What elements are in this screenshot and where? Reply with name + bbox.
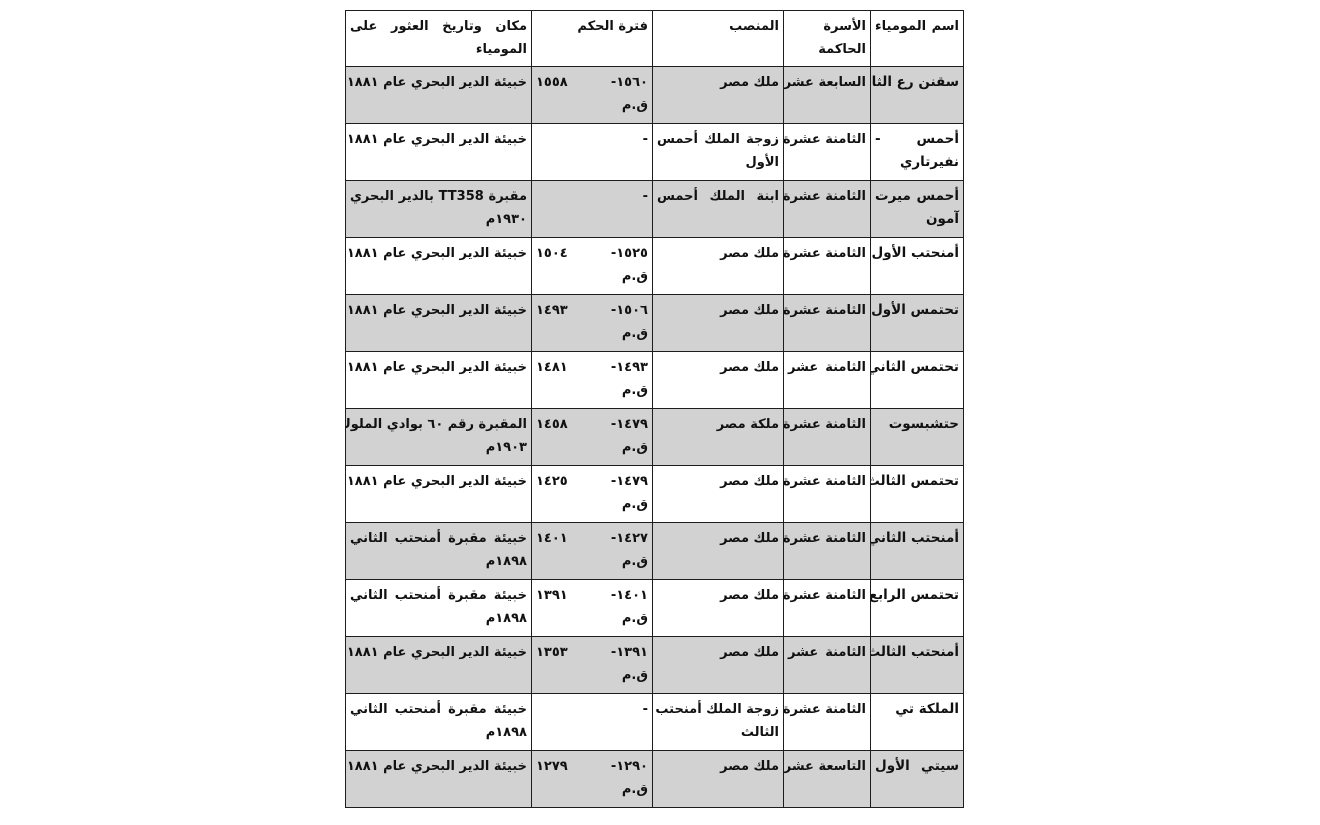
cell-pos: ملك مصر <box>653 580 784 637</box>
text-line: فترة الحكم <box>536 15 648 38</box>
mummies-table: اسم المومياءالأسرةالحاكمةالمنصبفترة الحك… <box>345 10 964 808</box>
text-line: خبيئة الدير البحري عام ١٨٨١م <box>350 128 527 151</box>
cell-dyn: الثامنة عشرة <box>784 181 871 238</box>
text-line: ملك مصر <box>657 755 779 778</box>
text-line: الأسرة <box>788 15 866 38</box>
table-row: سقنن رع الثانيالسابعة عشرةملك مصر١٥٦٠- ١… <box>346 67 964 124</box>
text-line: أمنحتب الثالث <box>875 641 959 664</box>
cell-name: سقنن رع الثاني <box>871 67 964 124</box>
text-line: ١٤٠١- ١٣٩١ <box>536 584 648 607</box>
text-line: ملك مصر <box>657 470 779 493</box>
cell-dyn: الثامنة عشرة <box>784 295 871 352</box>
table-header-row: اسم المومياءالأسرةالحاكمةالمنصبفترة الحك… <box>346 11 964 67</box>
cell-name: أمنحتب الثالث <box>871 637 964 694</box>
cell-reign: ١٥٠٦- ١٤٩٣ق.م <box>532 295 653 352</box>
cell-found: خبيئة مقبرة أمنحتب الثاني١٨٩٨م <box>346 580 532 637</box>
text-line: ق.م <box>536 664 648 687</box>
text-line: تحتمس الثاني <box>875 356 959 379</box>
cell-pos: ابنة الملك أحمس <box>653 181 784 238</box>
text-line: سقنن رع الثاني <box>875 71 959 94</box>
cell-reign: - <box>532 694 653 751</box>
table-body: سقنن رع الثانيالسابعة عشرةملك مصر١٥٦٠- ١… <box>346 67 964 808</box>
text-line: خبيئة الدير البحري عام ١٨٨١م <box>350 299 527 322</box>
cell-name: سيتي الأول <box>871 751 964 808</box>
text-line: ١٤٧٩- ١٤٥٨ <box>536 413 648 436</box>
text-line: المنصب <box>657 15 779 38</box>
table-row: تحتمس الأولالثامنة عشرةملك مصر١٥٠٦- ١٤٩٣… <box>346 295 964 352</box>
text-line: نفيرتاري <box>875 151 959 174</box>
text-line: - <box>536 128 648 151</box>
header-cell-reign: فترة الحكم <box>532 11 653 67</box>
text-line: خبيئة الدير البحري عام ١٨٨١م <box>350 356 527 379</box>
cell-dyn: التاسعة عشرة <box>784 751 871 808</box>
cell-dyn: السابعة عشرة <box>784 67 871 124</box>
text-line: مقبرة TT358 بالدير البحري <box>350 185 527 208</box>
table-row: تحتمس الرابعالثامنة عشرةملك مصر١٤٠١- ١٣٩… <box>346 580 964 637</box>
header-cell-found: مكان وتاريخ العثور علىالمومياء <box>346 11 532 67</box>
text-line: ق.م <box>536 379 648 402</box>
cell-reign: ١٣٩١- ١٣٥٣ق.م <box>532 637 653 694</box>
cell-reign: ١٥٦٠- ١٥٥٨ق.م <box>532 67 653 124</box>
text-line: ق.م <box>536 322 648 345</box>
text-line: ق.م <box>536 265 648 288</box>
text-line: الثامنة عشر <box>788 641 866 664</box>
text-line: ق.م <box>536 94 648 117</box>
cell-name: تحتمس الأول <box>871 295 964 352</box>
text-line: ق.م <box>536 436 648 459</box>
cell-pos: ملك مصر <box>653 352 784 409</box>
cell-reign: - <box>532 124 653 181</box>
cell-pos: زوجة الملك أمنحتبالثالث <box>653 694 784 751</box>
text-line: ١٥٢٥- ١٥٠٤ <box>536 242 648 265</box>
text-line: الثامنة عشرة <box>788 299 866 322</box>
text-line: ملك مصر <box>657 242 779 265</box>
text-line: ١٥٠٦- ١٤٩٣ <box>536 299 648 322</box>
cell-found: خبيئة الدير البحري عام ١٨٨١م <box>346 295 532 352</box>
cell-found: خبيئة الدير البحري عام ١٨٨١م <box>346 124 532 181</box>
cell-pos: ملك مصر <box>653 67 784 124</box>
text-line: خبيئة مقبرة أمنحتب الثاني <box>350 698 527 721</box>
text-line: زوجة الملك أحمس <box>657 128 779 151</box>
cell-dyn: الثامنة عشرة <box>784 694 871 751</box>
cell-dyn: الثامنة عشرة <box>784 238 871 295</box>
table-row: سيتي الأولالتاسعة عشرةملك مصر١٢٩٠- ١٢٧٩ق… <box>346 751 964 808</box>
table-row: أمنحتب الأولالثامنة عشرةملك مصر١٥٢٥- ١٥٠… <box>346 238 964 295</box>
text-line: خبيئة الدير البحري عام ١٨٨١م <box>350 755 527 778</box>
cell-reign: ١٤٢٧- ١٤٠١ق.م <box>532 523 653 580</box>
document-page: اسم المومياءالأسرةالحاكمةالمنصبفترة الحك… <box>0 0 1320 825</box>
cell-found: خبيئة الدير البحري عام ١٨٨١م <box>346 352 532 409</box>
text-line: ١٤٩٣- ١٤٨١ <box>536 356 648 379</box>
cell-dyn: الثامنة عشر <box>784 637 871 694</box>
header-cell-name: اسم المومياء <box>871 11 964 67</box>
text-line: الملكة تي <box>875 698 959 721</box>
cell-reign: ١٤٧٩- ١٤٢٥ق.م <box>532 466 653 523</box>
text-line: ١٤٢٧- ١٤٠١ <box>536 527 648 550</box>
cell-pos: ملك مصر <box>653 751 784 808</box>
text-line: خبيئة الدير البحري عام ١٨٨١م <box>350 71 527 94</box>
text-line: خبيئة مقبرة أمنحتب الثاني <box>350 584 527 607</box>
text-line: ١٤٧٩- ١٤٢٥ <box>536 470 648 493</box>
text-line: ق.م <box>536 550 648 573</box>
text-line: ١٩٣٠م <box>350 208 527 231</box>
cell-found: خبيئة الدير البحري عام ١٨٨١م <box>346 238 532 295</box>
text-line: أمنحتب الأول <box>875 242 959 265</box>
cell-dyn: الثامنة عشرة <box>784 523 871 580</box>
text-line: زوجة الملك أمنحتب <box>657 698 779 721</box>
cell-found: خبيئة الدير البحري عام ١٨٨١م <box>346 637 532 694</box>
cell-name: تحتمس الثاني <box>871 352 964 409</box>
header-cell-pos: المنصب <box>653 11 784 67</box>
cell-pos: ملكة مصر <box>653 409 784 466</box>
text-line: ١٨٩٨م <box>350 607 527 630</box>
text-line: تحتمس الرابع <box>875 584 959 607</box>
cell-name: أمنحتب الثاني <box>871 523 964 580</box>
text-line: خبيئة الدير البحري عام ١٨٨١م <box>350 242 527 265</box>
cell-found: خبيئة الدير البحري عام ١٨٨١م <box>346 751 532 808</box>
text-line: المقبرة رقم ٦٠ بوادي الملوك <box>350 413 527 436</box>
cell-found: خبيئة الدير البحري عام ١٨٨١م <box>346 67 532 124</box>
cell-pos: ملك مصر <box>653 637 784 694</box>
text-line: حتشبسوت <box>875 413 959 436</box>
cell-dyn: الثامنة عشر <box>784 352 871 409</box>
text-line: آمون <box>875 208 959 231</box>
table-row: أحمس -نفيرتاريالثامنة عشرةزوجة الملك أحم… <box>346 124 964 181</box>
cell-reign: ١٤٧٩- ١٤٥٨ق.م <box>532 409 653 466</box>
cell-found: خبيئة مقبرة أمنحتب الثاني١٨٩٨م <box>346 523 532 580</box>
table-header: اسم المومياءالأسرةالحاكمةالمنصبفترة الحك… <box>346 11 964 67</box>
text-line: ١٣٩١- ١٣٥٣ <box>536 641 648 664</box>
text-line: الثامنة عشرة <box>788 185 866 208</box>
table-row: الملكة تيالثامنة عشرةزوجة الملك أمنحتبال… <box>346 694 964 751</box>
table-row: أمنحتب الثالثالثامنة عشرملك مصر١٣٩١- ١٣٥… <box>346 637 964 694</box>
cell-dyn: الثامنة عشرة <box>784 409 871 466</box>
text-line: خبيئة مقبرة أمنحتب الثاني <box>350 527 527 550</box>
text-line: أحمس ميرت <box>875 185 959 208</box>
cell-pos: ملك مصر <box>653 295 784 352</box>
table-row: أمنحتب الثانيالثامنة عشرةملك مصر١٤٢٧- ١٤… <box>346 523 964 580</box>
cell-reign: ١٤٠١- ١٣٩١ق.م <box>532 580 653 637</box>
cell-found: المقبرة رقم ٦٠ بوادي الملوك١٩٠٣م <box>346 409 532 466</box>
text-line: الثالث <box>657 721 779 744</box>
cell-dyn: الثامنة عشرة <box>784 124 871 181</box>
text-line: ١٨٩٨م <box>350 721 527 744</box>
text-line: الثامنة عشرة <box>788 128 866 151</box>
cell-found: مقبرة TT358 بالدير البحري١٩٣٠م <box>346 181 532 238</box>
text-line: الثامنة عشرة <box>788 242 866 265</box>
cell-pos: زوجة الملك أحمسالأول <box>653 124 784 181</box>
text-line: ١٢٩٠- ١٢٧٩ <box>536 755 648 778</box>
table-row: تحتمس الثانيالثامنة عشرملك مصر١٤٩٣- ١٤٨١… <box>346 352 964 409</box>
cell-name: الملكة تي <box>871 694 964 751</box>
text-line: خبيئة الدير البحري عام ١٨٨١م <box>350 470 527 493</box>
mummies-table-container: اسم المومياءالأسرةالحاكمةالمنصبفترة الحك… <box>345 10 964 808</box>
text-line: - <box>536 698 648 721</box>
text-line: - <box>536 185 648 208</box>
text-line: ملكة مصر <box>657 413 779 436</box>
text-line: الثامنة عشرة <box>788 470 866 493</box>
text-line: ملك مصر <box>657 299 779 322</box>
text-line: ملك مصر <box>657 71 779 94</box>
text-line: الحاكمة <box>788 38 866 61</box>
text-line: ق.م <box>536 493 648 516</box>
text-line: ق.م <box>536 778 648 801</box>
text-line: أحمس - <box>875 128 959 151</box>
cell-pos: ملك مصر <box>653 466 784 523</box>
cell-reign: ١٢٩٠- ١٢٧٩ق.م <box>532 751 653 808</box>
text-line: الثامنة عشرة <box>788 698 866 721</box>
cell-dyn: الثامنة عشرة <box>784 580 871 637</box>
cell-name: أحمس -نفيرتاري <box>871 124 964 181</box>
cell-reign: - <box>532 181 653 238</box>
text-line: ١٩٠٣م <box>350 436 527 459</box>
text-line: الثامنة عشرة <box>788 584 866 607</box>
cell-name: أحمس ميرتآمون <box>871 181 964 238</box>
text-line: ١٥٦٠- ١٥٥٨ <box>536 71 648 94</box>
cell-name: حتشبسوت <box>871 409 964 466</box>
cell-name: أمنحتب الأول <box>871 238 964 295</box>
text-line: الثامنة عشرة <box>788 413 866 436</box>
table-row: أحمس ميرتآمونالثامنة عشرةابنة الملك أحمس… <box>346 181 964 238</box>
cell-reign: ١٥٢٥- ١٥٠٤ق.م <box>532 238 653 295</box>
cell-found: خبيئة مقبرة أمنحتب الثاني١٨٩٨م <box>346 694 532 751</box>
cell-found: خبيئة الدير البحري عام ١٨٨١م <box>346 466 532 523</box>
text-line: ملك مصر <box>657 356 779 379</box>
table-row: تحتمس الثالثالثامنة عشرةملك مصر١٤٧٩- ١٤٢… <box>346 466 964 523</box>
cell-pos: ملك مصر <box>653 523 784 580</box>
header-cell-dyn: الأسرةالحاكمة <box>784 11 871 67</box>
text-line: ملك مصر <box>657 641 779 664</box>
table-row: حتشبسوتالثامنة عشرةملكة مصر١٤٧٩- ١٤٥٨ق.م… <box>346 409 964 466</box>
cell-dyn: الثامنة عشرة <box>784 466 871 523</box>
text-line: مكان وتاريخ العثور على <box>350 15 527 38</box>
text-line: اسم المومياء <box>875 15 959 38</box>
text-line: سيتي الأول <box>875 755 959 778</box>
text-line: تحتمس الثالث <box>875 470 959 493</box>
text-line: السابعة عشرة <box>788 71 866 94</box>
text-line: التاسعة عشرة <box>788 755 866 778</box>
text-line: الثامنة عشرة <box>788 527 866 550</box>
text-line: ملك مصر <box>657 527 779 550</box>
text-line: المومياء <box>350 38 527 61</box>
cell-pos: ملك مصر <box>653 238 784 295</box>
cell-name: تحتمس الثالث <box>871 466 964 523</box>
cell-reign: ١٤٩٣- ١٤٨١ق.م <box>532 352 653 409</box>
text-line: ١٨٩٨م <box>350 550 527 573</box>
text-line: ملك مصر <box>657 584 779 607</box>
text-line: الأول <box>657 151 779 174</box>
text-line: الثامنة عشر <box>788 356 866 379</box>
text-line: أمنحتب الثاني <box>875 527 959 550</box>
text-line: ابنة الملك أحمس <box>657 185 779 208</box>
text-line: ق.م <box>536 607 648 630</box>
text-line: خبيئة الدير البحري عام ١٨٨١م <box>350 641 527 664</box>
text-line: تحتمس الأول <box>875 299 959 322</box>
cell-name: تحتمس الرابع <box>871 580 964 637</box>
